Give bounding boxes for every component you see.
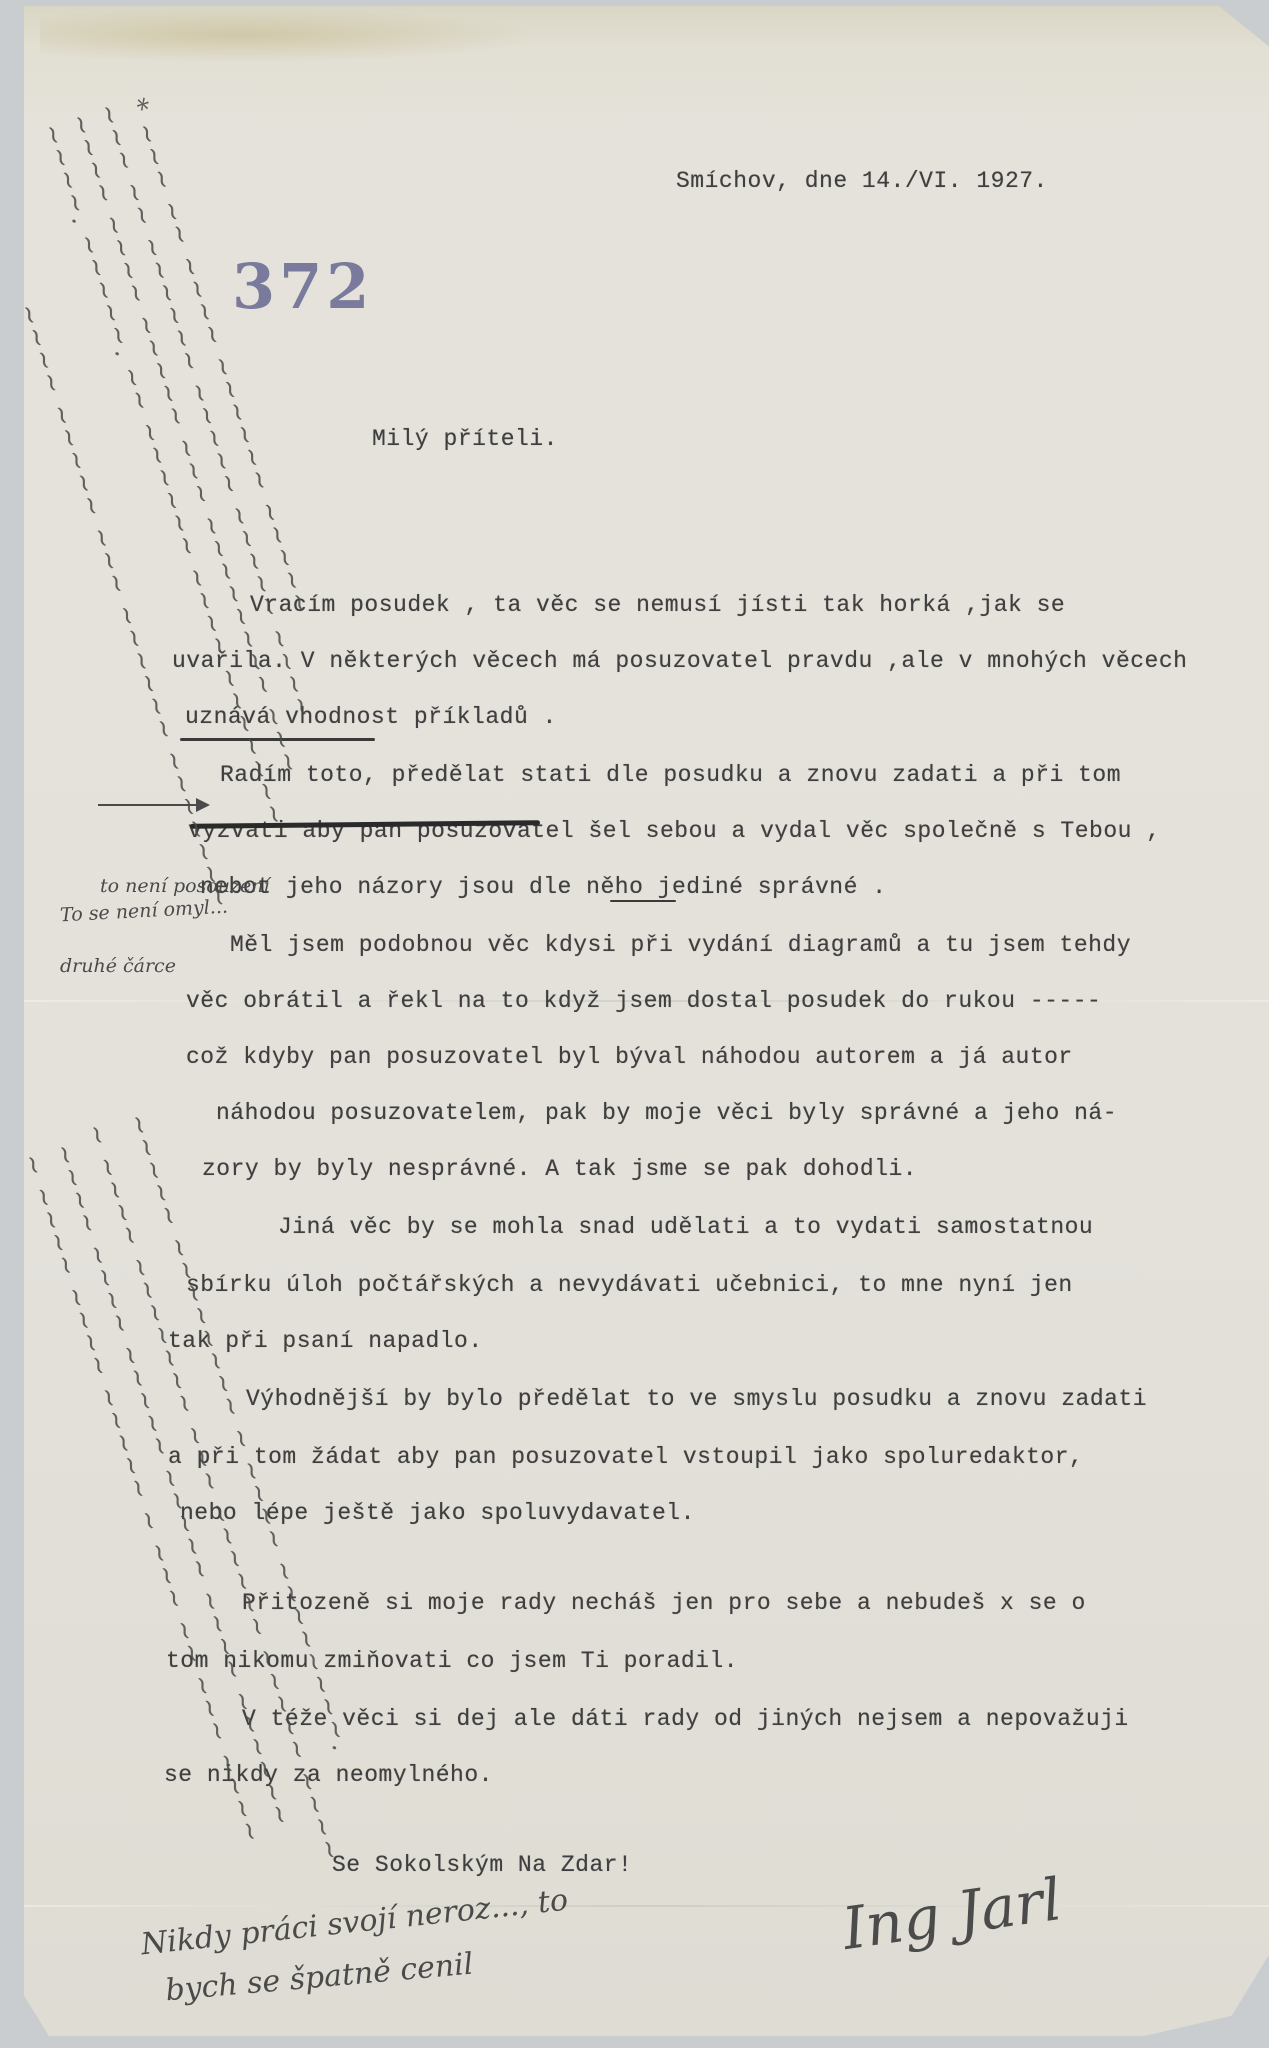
body-line: Výhodnější by bylo předělat to ve smyslu… <box>246 1386 1147 1412</box>
body-line: věc obrátil a řekl na to když jsem dosta… <box>186 988 1101 1014</box>
closing: Se Sokolským Na Zdar! <box>332 1852 632 1878</box>
body-line: uvařila. V některých věcech má posuzovat… <box>172 648 1187 674</box>
body-line: Přitozeně si moje rady necháš jen pro se… <box>242 1590 1086 1616</box>
pencil-underline <box>610 900 676 902</box>
body-line: Jiná věc by se mohla snad udělati a to v… <box>278 1214 1093 1240</box>
body-line: nebot jeho názory jsou dle něho jediné s… <box>200 874 887 900</box>
body-line: zory by byly nesprávné. A tak jsme se pa… <box>202 1156 917 1182</box>
salutation: Milý příteli. <box>372 426 558 452</box>
document-number-stamp: 372 <box>232 250 373 323</box>
body-line: Radím toto, předělat stati dle posudku a… <box>220 762 1121 788</box>
body-line: a při tom žádat aby pan posuzovatel vsto… <box>168 1444 1083 1470</box>
body-line: sbírku úloh počtářských a nevydávati uče… <box>186 1272 1073 1298</box>
body-line: což kdyby pan posuzovatel byl býval náho… <box>186 1044 1073 1070</box>
body-line: náhodou posuzovatelem, pak by moje věci … <box>216 1100 1117 1126</box>
body-line: V téže věci si dej ale dáti rady od jiný… <box>242 1706 1129 1732</box>
paper-stain <box>40 8 540 63</box>
place-date: Smíchov, dne 14./VI. 1927. <box>676 168 1048 194</box>
margin-note: druhé čárce <box>60 955 176 977</box>
body-line: Vracím posudek , ta věc se nemusí jísti … <box>250 592 1065 618</box>
paper-fold <box>24 1905 1269 1907</box>
margin-note: to není posouzení <box>100 875 270 897</box>
body-line: Měl jsem podobnou věc kdysi při vydání d… <box>230 932 1131 958</box>
